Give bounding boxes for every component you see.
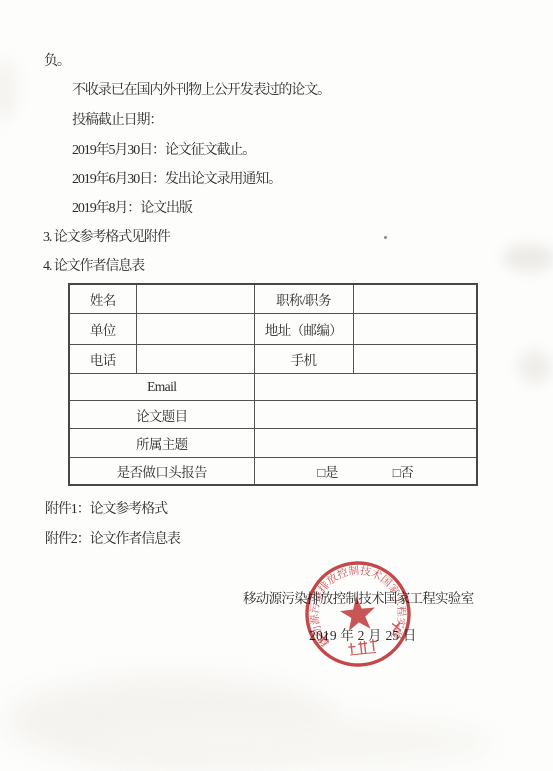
numbered-item-author-table: 4. 论文作者信息表 (43, 258, 144, 275)
table-row: 电话 手机 (69, 345, 477, 374)
title-value-cell (353, 284, 477, 314)
checkbox-yes: □是 (317, 461, 337, 481)
official-seal: 移动源污染排放控制技术国家工程实验室 (290, 546, 426, 682)
organization-label-cell: 单位 (69, 314, 136, 345)
paragraph-deadline-august: 2019年8月：论文出版 (72, 200, 192, 217)
organization-value-cell (136, 314, 254, 345)
table-row: 论文题目 (69, 401, 477, 429)
scan-smudge (0, 60, 16, 120)
address-label-cell: 地址（邮编） (254, 314, 353, 345)
attachment-1-line: 附件1：论文参考格式 (45, 501, 167, 518)
scan-smudge (503, 244, 553, 272)
name-value-cell (136, 284, 254, 314)
address-value-cell (353, 314, 477, 345)
topic-value-cell (254, 429, 477, 458)
checkbox-no: □否 (393, 461, 413, 481)
mobile-label-cell: 手机 (254, 345, 353, 374)
oral-report-options-cell: □是 □否 (254, 458, 477, 486)
scan-smudge (90, 718, 490, 766)
paragraph-no-republish: 不收录已在国内外刊物上公开发表过的论文。 (72, 82, 330, 99)
table-row: 所属主题 (69, 429, 477, 458)
scan-smudge (518, 350, 552, 384)
mobile-value-cell (353, 345, 477, 374)
scan-speck (384, 236, 387, 239)
table-row: 单位 地址（邮编） (69, 314, 477, 345)
paragraph-deadline-heading: 投稿截止日期： (72, 112, 162, 129)
email-value-cell (254, 374, 477, 401)
name-label-cell: 姓名 (69, 284, 136, 314)
title-label-cell: 职称/职务 (254, 284, 353, 314)
star-icon (339, 595, 378, 632)
paper-title-value-cell (254, 401, 477, 429)
paragraph-fragment: 负。 (44, 53, 70, 70)
author-info-table: 姓名 职称/职务 单位 地址（邮编） 电话 手机 Email 论文题目 所属主题 (68, 283, 478, 486)
scanned-document-page: 负。 不收录已在国内外刊物上公开发表过的论文。 投稿截止日期： 2019年5月3… (0, 0, 553, 771)
oral-report-label-cell: 是否做口头报告 (69, 458, 254, 486)
table-row: 是否做口头报告 □是 □否 (69, 458, 477, 486)
topic-label-cell: 所属主题 (69, 429, 254, 458)
paragraph-deadline-june: 2019年6月30日：发出论文录用通知。 (72, 171, 281, 188)
table-row: Email (69, 374, 477, 401)
phone-label-cell: 电话 (69, 345, 136, 374)
paper-title-label-cell: 论文题目 (69, 401, 254, 429)
email-label-cell: Email (69, 374, 254, 401)
numbered-item-format: 3. 论文参考格式见附件 (43, 229, 170, 246)
paragraph-deadline-may: 2019年5月30日：论文征文截止。 (72, 142, 255, 159)
table-row: 姓名 职称/职务 (69, 284, 477, 314)
attachment-2-line: 附件2：论文作者信息表 (45, 531, 180, 548)
phone-value-cell (136, 345, 254, 374)
